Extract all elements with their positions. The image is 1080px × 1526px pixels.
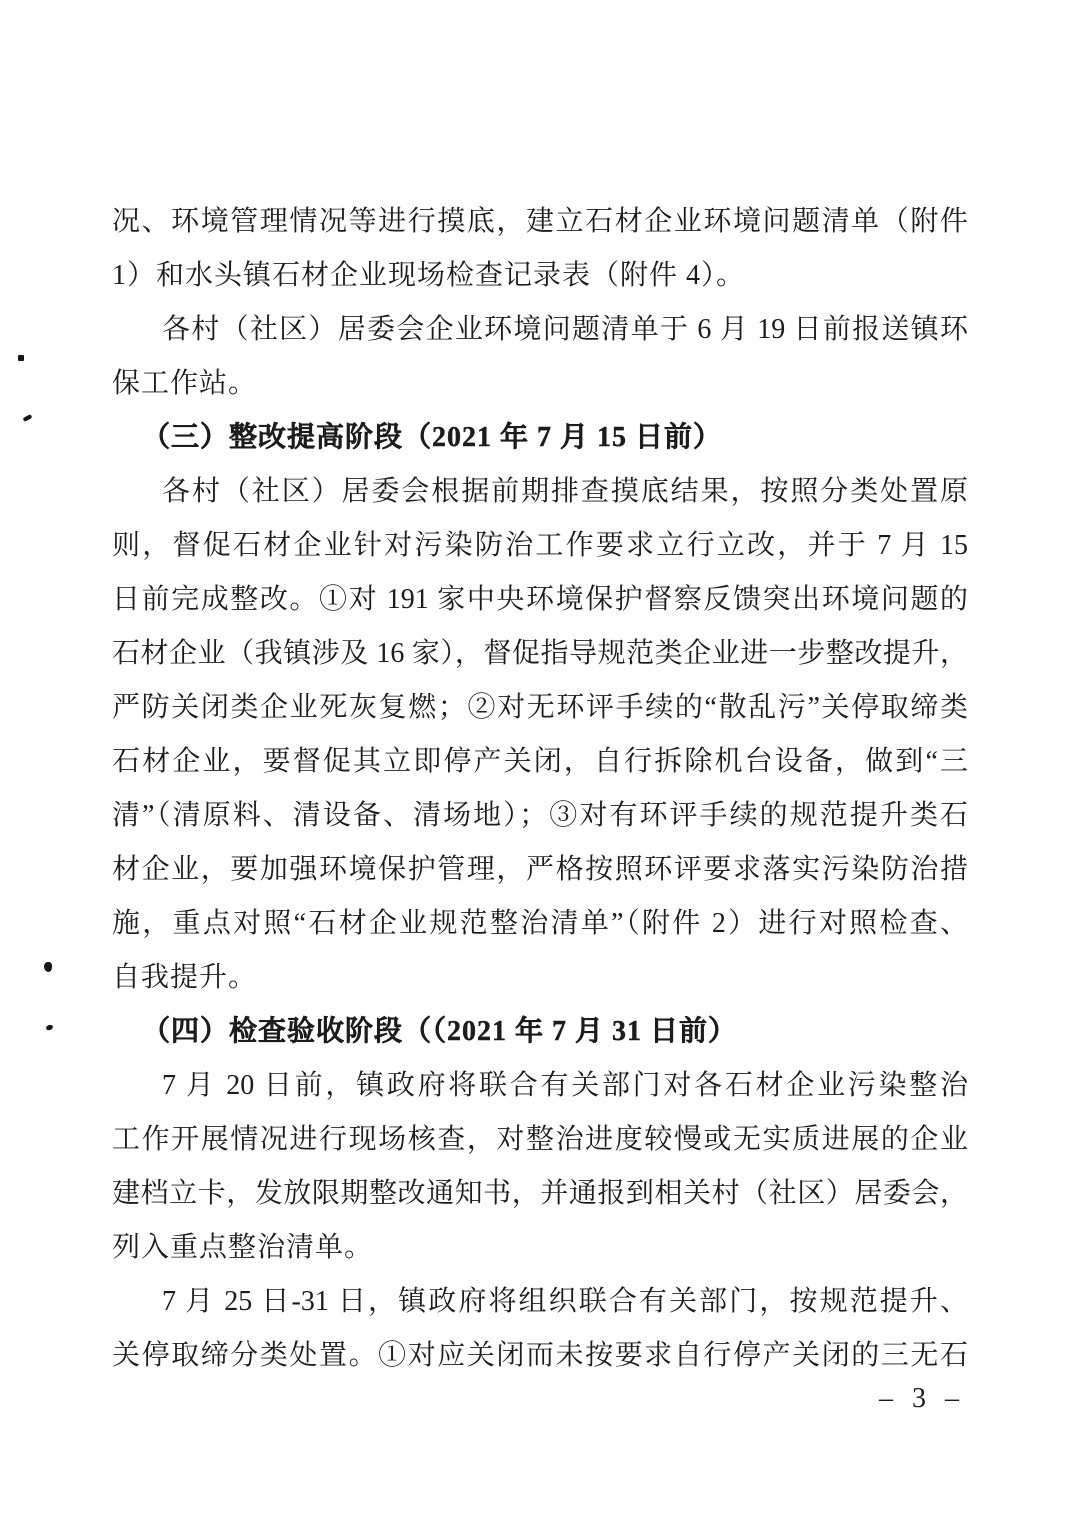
- text-line: 况、环境管理情况等进行摸底，建立石材企业环境问题清单（附件: [112, 195, 968, 249]
- text-line: 施，重点对照“石材企业规范整治清单”（附件 2）进行对照检查、: [112, 897, 968, 951]
- ink-speck: [45, 1024, 53, 1031]
- ink-speck: [44, 962, 52, 972]
- text-line: 关停取缔分类处置。①对应关闭而未按要求自行停产关闭的三无石: [112, 1329, 968, 1383]
- document-page: 况、环境管理情况等进行摸底，建立石材企业环境问题清单（附件1）和水头镇石材企业现…: [0, 0, 1080, 1526]
- text-line: 材企业，要加强环境保护管理，严格按照环评要求落实污染防治措: [112, 843, 968, 897]
- text-line: 各村（社区）居委会根据前期排查摸底结果，按照分类处置原: [112, 465, 968, 519]
- text-line: 各村（社区）居委会企业环境问题清单于 6 月 19 日前报送镇环: [112, 303, 968, 357]
- text-line: 严防关闭类企业死灰复燃；②对无环评手续的“散乱污”关停取缔类: [112, 681, 968, 735]
- text-line: 石材企业，要督促其立即停产关闭，自行拆除机台设备，做到“三: [112, 735, 968, 789]
- text-line: 则，督促石材企业针对污染防治工作要求立行立改，并于 7 月 15: [112, 519, 968, 573]
- text-line: 日前完成整改。①对 191 家中央环境保护督察反馈突出环境问题的: [112, 573, 968, 627]
- text-line: 7 月 20 日前，镇政府将联合有关部门对各石材企业污染整治: [112, 1059, 968, 1113]
- document-body: 况、环境管理情况等进行摸底，建立石材企业环境问题清单（附件1）和水头镇石材企业现…: [112, 195, 968, 1383]
- text-line: 石材企业（我镇涉及 16 家），督促指导规范类企业进一步整改提升，: [112, 627, 968, 681]
- text-line: 7 月 25 日-31 日，镇政府将组织联合有关部门，按规范提升、: [112, 1275, 968, 1329]
- text-line: 清”（清原料、清设备、清场地）；③对有环评手续的规范提升类石: [112, 789, 968, 843]
- ink-speck: [23, 414, 33, 422]
- section-heading: （四）检查验收阶段（（2021 年 7 月 31 日前）: [112, 1005, 968, 1059]
- text-line: 保工作站。: [112, 357, 968, 411]
- section-heading: （三）整改提高阶段（2021 年 7 月 15 日前）: [112, 411, 968, 465]
- text-line: 1）和水头镇石材企业现场检查记录表（附件 4）。: [112, 249, 968, 303]
- text-line: 建档立卡，发放限期整改通知书，并通报到相关村（社区）居委会，: [112, 1167, 968, 1221]
- text-line: 工作开展情况进行现场核查，对整治进度较慢或无实质进展的企业: [112, 1113, 968, 1167]
- text-line: 列入重点整治清单。: [112, 1221, 968, 1275]
- ink-speck: [18, 355, 24, 361]
- text-line: 自我提升。: [112, 951, 968, 1005]
- page-number: – 3 –: [879, 1382, 965, 1416]
